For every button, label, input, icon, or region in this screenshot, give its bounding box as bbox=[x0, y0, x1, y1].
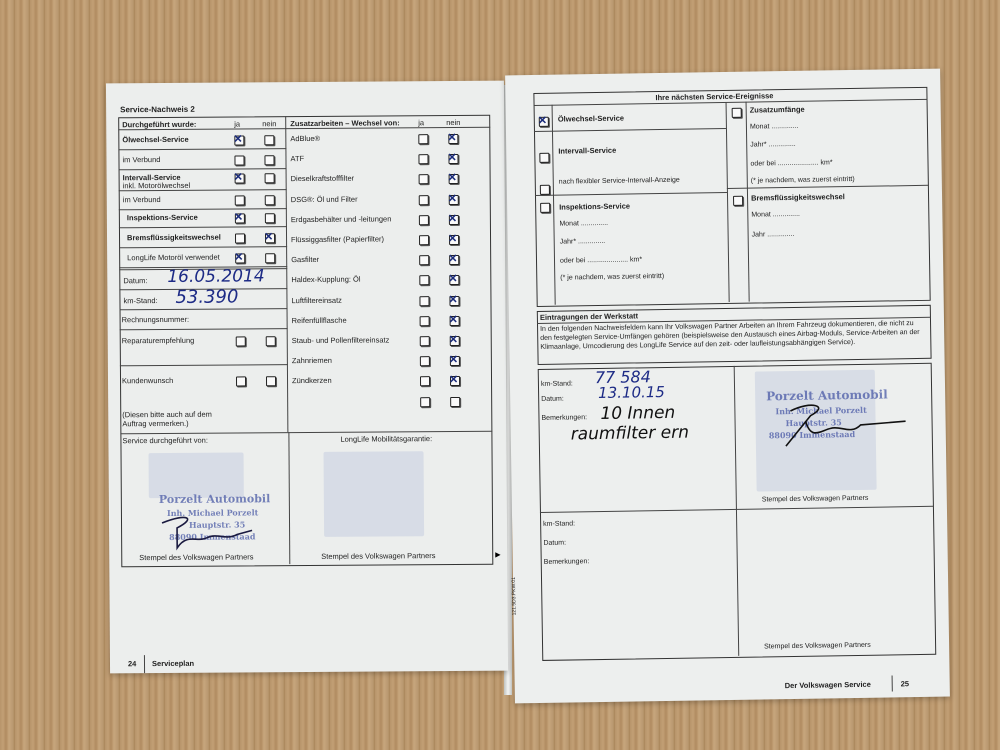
addon-row-label: Luftfiltereinsatz bbox=[291, 295, 342, 304]
nein-header-right: nein bbox=[446, 118, 460, 127]
addon-row-ja-checkbox[interactable] bbox=[420, 397, 430, 407]
datum-label: Datum: bbox=[123, 276, 147, 285]
signature-left bbox=[157, 512, 257, 553]
addon-row-label: Staub- und Pollenfiltereinsatz bbox=[292, 335, 390, 345]
addon-row-nein-checkbox[interactable] bbox=[449, 235, 459, 245]
addon-row-label: ATF bbox=[290, 154, 304, 163]
entry1-km-label: km-Stand: bbox=[541, 380, 573, 388]
inspektion-checkbox[interactable] bbox=[540, 203, 550, 213]
addon-row-nein-checkbox[interactable] bbox=[450, 376, 460, 386]
addon-row-nein-checkbox[interactable] bbox=[448, 134, 458, 144]
addon-row-label: DSG®: Öl und Filter bbox=[291, 194, 358, 203]
left-page: Service-Nachweis 2 Durchgeführt wurde: j… bbox=[106, 81, 508, 674]
kundenwunsch-label: Kundenwunsch bbox=[122, 376, 173, 385]
footer-page-number: 24 bbox=[128, 659, 136, 668]
addon-row-ja-checkbox[interactable] bbox=[419, 296, 429, 306]
addon-row-nein-checkbox[interactable] bbox=[450, 397, 460, 407]
kundenwunsch-ja-checkbox[interactable] bbox=[236, 376, 246, 386]
reparatur-ja-checkbox[interactable] bbox=[236, 336, 246, 346]
inspektion-km[interactable]: oder bei ..................... km* bbox=[560, 256, 642, 264]
addon-row-ja-checkbox[interactable] bbox=[419, 255, 429, 265]
km-label: km-Stand: bbox=[123, 296, 157, 305]
left-row-nein-checkbox[interactable] bbox=[264, 155, 274, 165]
addon-row-ja-checkbox[interactable] bbox=[419, 195, 429, 205]
intervall-label: Intervall-Service bbox=[558, 146, 616, 156]
addon-row-nein-checkbox[interactable] bbox=[449, 195, 459, 205]
left-row-nein-checkbox[interactable] bbox=[265, 233, 275, 243]
footer-title-right: Der Volkswagen Service bbox=[785, 680, 871, 690]
addon-row-nein-checkbox[interactable] bbox=[449, 275, 459, 285]
ja-header: ja bbox=[234, 119, 240, 128]
addon-row-nein-checkbox[interactable] bbox=[450, 356, 460, 366]
left-row-label: Bremsflüssigkeitswechsel bbox=[127, 233, 221, 243]
addon-row-ja-checkbox[interactable] bbox=[419, 235, 429, 245]
bremse-label: Bremsflüssigkeitswechsel bbox=[751, 192, 845, 202]
section-title: Service-Nachweis 2 bbox=[120, 105, 195, 115]
left-row-ja-checkbox[interactable] bbox=[235, 195, 245, 205]
entry2-km-label: km-Stand: bbox=[543, 520, 575, 528]
addon-row-label: Dieselkraftstofffilter bbox=[291, 174, 355, 183]
addon-row-ja-checkbox[interactable] bbox=[418, 154, 428, 164]
inspektion-label: Inspektions-Service bbox=[559, 202, 630, 212]
addon-row-ja-checkbox[interactable] bbox=[419, 276, 429, 286]
addon-row-label: Flüssiggasfilter (Papierfilter) bbox=[291, 234, 384, 244]
km-value[interactable]: 53.390 bbox=[175, 286, 238, 307]
nein-header: nein bbox=[262, 119, 276, 128]
left-row-nein-checkbox[interactable] bbox=[265, 195, 275, 205]
kundenwunsch-nein-checkbox[interactable] bbox=[266, 376, 276, 386]
stamp-caption-right: Stempel des Volkswagen Partners bbox=[321, 551, 435, 561]
left-row-nein-checkbox[interactable] bbox=[265, 253, 275, 263]
left-row-nein-checkbox[interactable] bbox=[265, 213, 275, 223]
signature-right bbox=[770, 399, 911, 451]
left-row-ja-checkbox[interactable] bbox=[235, 233, 245, 243]
right-table-header: Zusatzarbeiten – Wechsel von: bbox=[290, 118, 400, 128]
addon-row-label: Zündkerzen bbox=[292, 376, 332, 385]
oelwechsel-checkbox[interactable] bbox=[539, 117, 549, 127]
addon-row-nein-checkbox[interactable] bbox=[449, 255, 459, 265]
inspektion-jahr[interactable]: Jahr* .............. bbox=[560, 238, 606, 246]
reparatur-label: Reparaturempfehlung bbox=[122, 336, 195, 346]
zusatz-label: Zusatzumfänge bbox=[750, 105, 805, 115]
ja-header-right: ja bbox=[418, 118, 424, 127]
intervall-flex-checkbox[interactable] bbox=[540, 185, 550, 195]
datum-value[interactable]: 16.05.2014 bbox=[167, 266, 264, 287]
left-row-ja-checkbox[interactable] bbox=[234, 155, 244, 165]
footer-title: Serviceplan bbox=[152, 659, 194, 668]
left-row-ja-checkbox[interactable] bbox=[234, 135, 244, 145]
bremse-checkbox[interactable] bbox=[733, 196, 743, 206]
bremse-monat[interactable]: Monat .............. bbox=[751, 211, 800, 219]
addon-row-label: Haldex-Kupplung: Öl bbox=[291, 275, 360, 284]
addon-row-label: Gasfilter bbox=[291, 255, 319, 264]
entry1-datum-value[interactable]: 13.10.15 bbox=[598, 383, 665, 402]
left-row-label: Inspektions-Service bbox=[127, 213, 198, 222]
addon-row-ja-checkbox[interactable] bbox=[419, 175, 429, 185]
left-row-label: im Verbund bbox=[122, 155, 160, 164]
entry1-bem-label: Bemerkungen: bbox=[541, 414, 587, 422]
entry1-bem-line1[interactable]: 10 Innen bbox=[600, 403, 675, 424]
entry2-bem-label: Bemerkungen: bbox=[544, 558, 590, 566]
entry2-datum-label: Datum: bbox=[543, 540, 566, 547]
left-row-label: LongLife Motoröl verwendet bbox=[127, 253, 220, 263]
next-events-title: Ihre nächsten Service-Ereignisse bbox=[655, 91, 773, 102]
left-row-label: im Verbund bbox=[123, 195, 161, 204]
oelwechsel-label: Ölwechsel-Service bbox=[558, 114, 624, 124]
addon-row-label: Zahnriemen bbox=[292, 356, 332, 365]
mobility-label: LongLife Mobilitätsgarantie: bbox=[340, 434, 432, 444]
entry1-bem-line2[interactable]: raumfilter ern bbox=[571, 423, 689, 445]
left-row-nein-checkbox[interactable] bbox=[264, 135, 274, 145]
note: (Diesen bitte auch auf dem Auftrag verme… bbox=[122, 410, 232, 429]
addon-row-nein-checkbox[interactable] bbox=[449, 296, 459, 306]
entry1-datum-label: Datum: bbox=[541, 396, 564, 403]
reparatur-nein-checkbox[interactable] bbox=[266, 336, 276, 346]
left-table-header: Durchgeführt wurde: bbox=[122, 120, 196, 130]
left-row-label: Ölwechsel-Service bbox=[122, 135, 188, 144]
workshop-title: Eintragungen der Werkstatt bbox=[540, 311, 638, 322]
addon-row-ja-checkbox[interactable] bbox=[420, 377, 430, 387]
bremse-jahr[interactable]: Jahr .............. bbox=[752, 231, 795, 239]
left-row-ja-checkbox[interactable] bbox=[235, 173, 245, 183]
addon-row-nein-checkbox[interactable] bbox=[448, 154, 458, 164]
left-row-nein-checkbox[interactable] bbox=[265, 173, 275, 183]
zusatz-km[interactable]: oder bei ..................... km* bbox=[750, 159, 832, 167]
addon-row-ja-checkbox[interactable] bbox=[420, 316, 430, 326]
rechnung-label: Rechnungsnummer: bbox=[122, 315, 190, 324]
addon-row-nein-checkbox[interactable] bbox=[449, 215, 459, 225]
addon-row-nein-checkbox[interactable] bbox=[450, 336, 460, 346]
left-row-ja-checkbox[interactable] bbox=[235, 213, 245, 223]
left-row-ja-checkbox[interactable] bbox=[235, 253, 245, 263]
addon-row-label: Erdgasbehälter und -leitungen bbox=[291, 214, 392, 224]
addon-row-nein-checkbox[interactable] bbox=[450, 316, 460, 326]
zusatz-monat[interactable]: Monat .............. bbox=[750, 123, 799, 131]
addon-row-ja-checkbox[interactable] bbox=[420, 336, 430, 346]
intervall-checkbox[interactable] bbox=[539, 153, 549, 163]
stamp-caption-left: Stempel des Volkswagen Partners bbox=[139, 552, 253, 562]
addon-row-ja-checkbox[interactable] bbox=[418, 134, 428, 144]
left-row-sublabel: inkl. Motorölwechsel bbox=[123, 181, 191, 190]
continue-arrow-icon: ▶ bbox=[495, 551, 500, 559]
zusatz-checkbox[interactable] bbox=[732, 108, 742, 118]
service-by-label: Service durchgeführt von: bbox=[122, 436, 208, 446]
addon-row-label: AdBlue® bbox=[290, 134, 320, 143]
addon-row-nein-checkbox[interactable] bbox=[449, 174, 459, 184]
addon-row-label: Reifenfüllflasche bbox=[292, 316, 347, 325]
stamp-line-1: Porzelt Automobil bbox=[159, 492, 271, 506]
addon-row-ja-checkbox[interactable] bbox=[419, 215, 429, 225]
addon-row-ja-checkbox[interactable] bbox=[420, 356, 430, 366]
zusatz-jahr[interactable]: Jahr* .............. bbox=[750, 141, 796, 149]
side-code: 121.5D3.PKW.01 bbox=[511, 577, 518, 615]
inspektion-monat[interactable]: Monat .............. bbox=[559, 220, 608, 228]
footer-page-number-right: 25 bbox=[901, 679, 909, 688]
right-page: Ihre nächsten Service-Ereignisse Ölwechs… bbox=[505, 69, 950, 704]
